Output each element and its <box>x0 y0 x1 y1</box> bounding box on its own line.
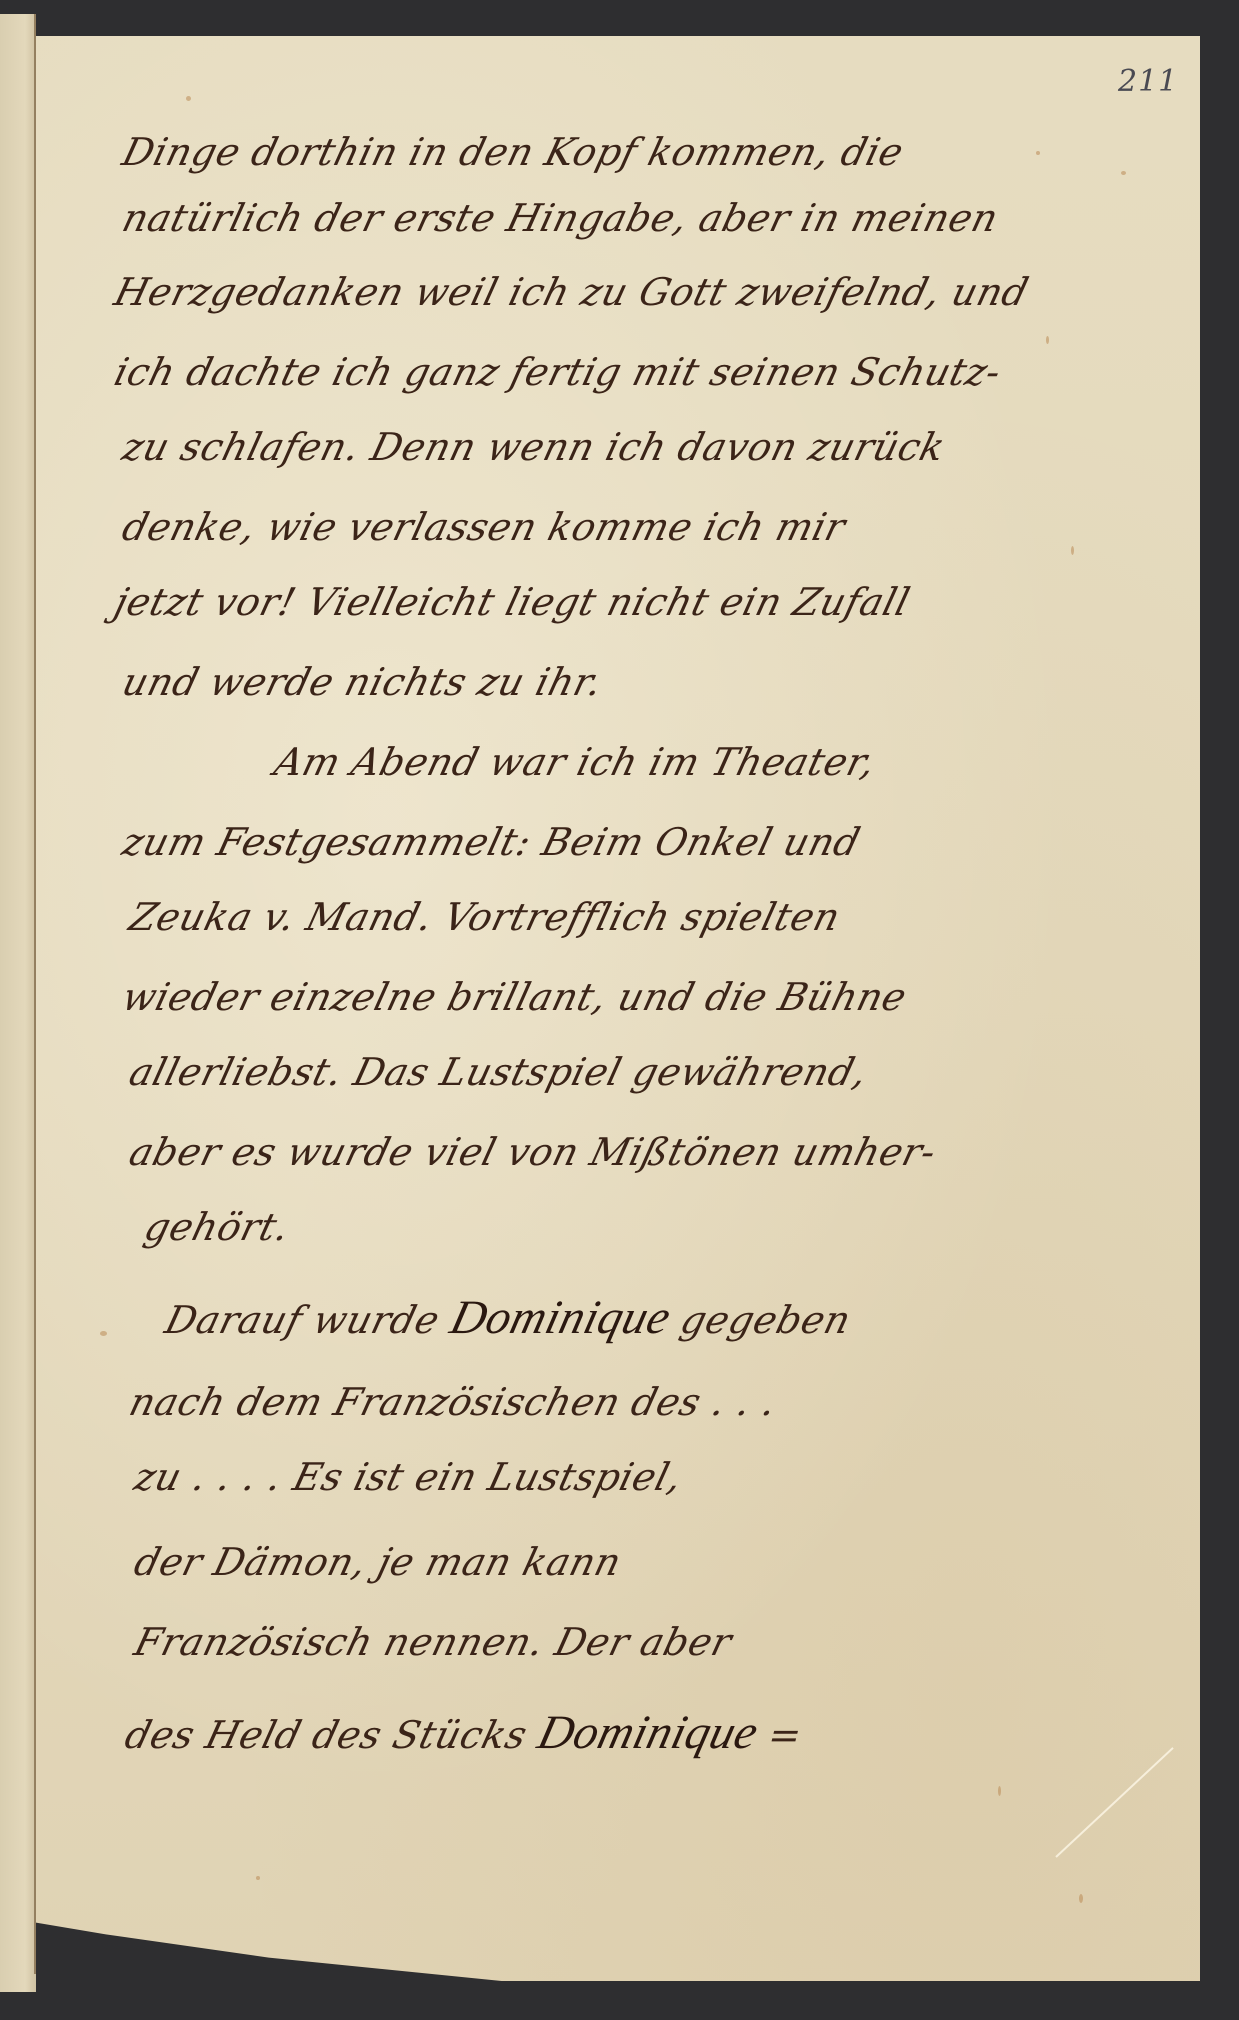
line-text: Dinge dorthin in den Kopf kommen, die <box>118 130 908 174</box>
line-text: wieder einzelne brillant, und die Bühne <box>118 975 911 1019</box>
manuscript-line: ich dachte ich ganz fertig mit seinen Sc… <box>110 350 1006 394</box>
manuscript-line: aber es wurde viel von Mißtönen umher- <box>125 1130 941 1174</box>
line-text: denke, wie verlassen komme ich mir <box>118 505 850 549</box>
manuscript-line: Französisch nennen. Der aber <box>130 1620 736 1664</box>
line-text: gehört. <box>140 1205 294 1249</box>
emphasized-name: Dominique <box>520 1706 776 1759</box>
manuscript-line: jetzt vor! Vielleicht liegt nicht ein Zu… <box>110 580 915 624</box>
line-text: Am Abend war ich im Theater, <box>270 740 880 784</box>
line-text: aber es wurde viel von Mißtönen umher- <box>125 1130 941 1174</box>
emphasized-name: Dominique <box>433 1291 689 1344</box>
manuscript-line: Darauf wurde Dominique gegeben <box>160 1290 857 1345</box>
line-text: zu schlafen. Denn wenn ich davon zurück <box>118 425 950 469</box>
line-text: Zeuka v. Mand. Vortrefflich spielten <box>125 895 845 939</box>
line-text: zum Festgesammelt: Beim Onkel und <box>118 820 865 864</box>
manuscript-line: zu schlafen. Denn wenn ich davon zurück <box>118 425 950 469</box>
manuscript-line: zum Festgesammelt: Beim Onkel und <box>118 820 865 864</box>
line-text: natürlich der erste Hingabe, aber in mei… <box>118 196 1003 240</box>
manuscript-line: gehört. <box>140 1205 294 1249</box>
scan-background: 211 Dinge dorthin in den Kopf kommen, di… <box>0 0 1239 2020</box>
handwritten-text-body: Dinge dorthin in den Kopf kommen, dienat… <box>0 0 1239 2020</box>
line-text: ich dachte ich ganz fertig mit seinen Sc… <box>110 350 1006 394</box>
line-text: des Held des Stücks <box>121 1713 532 1757</box>
manuscript-line: nach dem Französischen des . . . <box>125 1380 781 1424</box>
manuscript-line: zu . . . . Es ist ein Lustspiel, <box>130 1455 687 1499</box>
line-text: jetzt vor! Vielleicht liegt nicht ein Zu… <box>110 580 915 624</box>
manuscript-line: und werde nichts zu ihr. <box>118 660 607 704</box>
manuscript-line: der Dämon, je man kann <box>130 1540 626 1584</box>
line-text: der Dämon, je man kann <box>130 1540 626 1584</box>
line-text: Darauf wurde <box>161 1298 445 1342</box>
manuscript-line: allerliebst. Das Lustspiel gewährend, <box>125 1050 872 1094</box>
manuscript-line: Dinge dorthin in den Kopf kommen, die <box>118 130 908 174</box>
manuscript-line: denke, wie verlassen komme ich mir <box>118 505 850 549</box>
line-text-after: gegeben <box>676 1298 855 1342</box>
manuscript-line: des Held des Stücks Dominique = <box>120 1705 809 1760</box>
manuscript-line: Am Abend war ich im Theater, <box>270 740 880 784</box>
manuscript-line: Herzgedanken weil ich zu Gott zweifelnd,… <box>110 270 1033 314</box>
line-text: nach dem Französischen des . . . <box>125 1380 781 1424</box>
line-text: Herzgedanken weil ich zu Gott zweifelnd,… <box>110 270 1033 314</box>
line-text: allerliebst. Das Lustspiel gewährend, <box>125 1050 872 1094</box>
manuscript-line: wieder einzelne brillant, und die Bühne <box>118 975 911 1019</box>
line-text: und werde nichts zu ihr. <box>118 660 607 704</box>
manuscript-line: natürlich der erste Hingabe, aber in mei… <box>118 196 1003 240</box>
line-text: Französisch nennen. Der aber <box>130 1620 736 1664</box>
line-text: zu . . . . Es ist ein Lustspiel, <box>130 1455 687 1499</box>
manuscript-line: Zeuka v. Mand. Vortrefflich spielten <box>125 895 845 939</box>
